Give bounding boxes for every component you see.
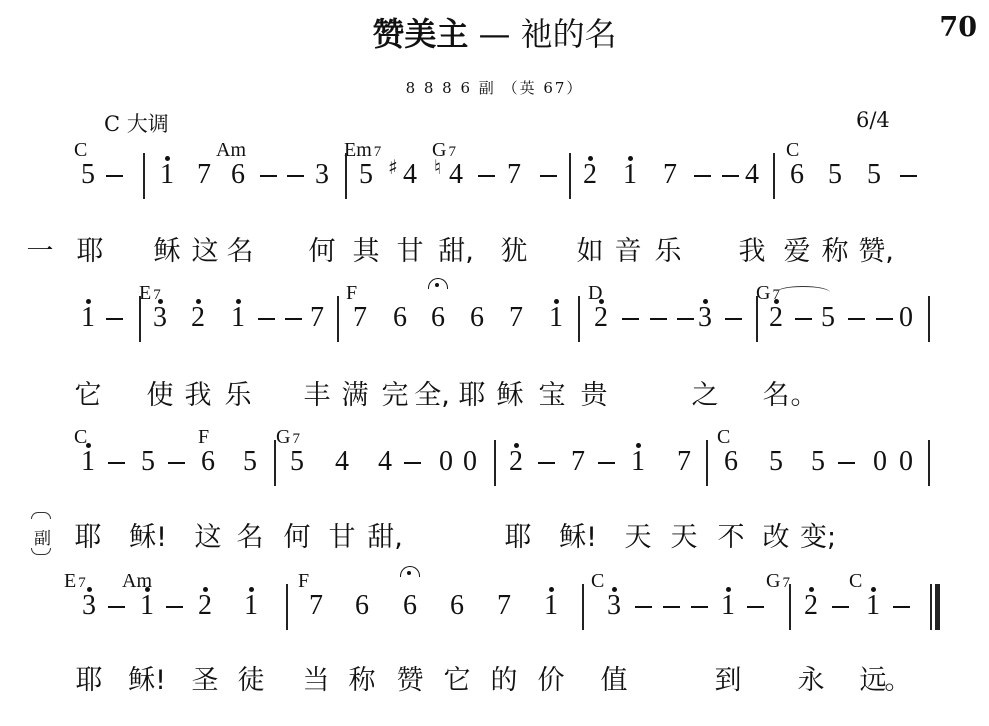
barline (578, 296, 580, 342)
barline (930, 584, 932, 630)
lyric-syllable: 名 (237, 522, 264, 554)
chord-symbol: C (591, 570, 604, 592)
note: 6 (790, 160, 804, 190)
note: 2 (509, 447, 523, 477)
lyric-syllable: 稣 (154, 236, 181, 268)
lyric-syllable: 之 (692, 380, 719, 412)
note: 6 (450, 591, 464, 621)
note: 4 (449, 160, 463, 190)
note: 7 (571, 447, 585, 477)
octave-dot (599, 299, 604, 304)
refrain-marker: 副 (34, 524, 51, 549)
note: 6 (724, 447, 738, 477)
lyric-syllable: 称 (349, 665, 376, 697)
lyric-syllable: 它 (444, 665, 471, 697)
lyric-syllable: 乐 (225, 380, 252, 412)
octave-dot (514, 443, 519, 448)
time-signature: 6/4 (856, 108, 890, 132)
lyric-syllable: 使 (147, 380, 174, 412)
lyric-syllable: 永 (798, 665, 825, 697)
octave-dot (145, 587, 150, 592)
lyric-syllable: 名 (227, 236, 254, 268)
dash (747, 606, 764, 608)
note: 1 (866, 591, 880, 621)
lyric-syllable: 徒 (238, 665, 265, 697)
lyric-syllable: 变; (800, 522, 836, 554)
note: 1 (721, 591, 735, 621)
note: 6 (201, 447, 215, 477)
natural-icon: ♮ (434, 155, 441, 179)
dash (722, 175, 739, 177)
note: 6 (355, 591, 369, 621)
title-main: 赞美主 (372, 15, 468, 53)
dash (663, 606, 680, 608)
dash (258, 318, 275, 320)
dash (677, 318, 694, 320)
barline (569, 153, 571, 199)
song-title: 赞美主 — 祂的名 (0, 12, 989, 56)
barline (139, 296, 141, 342)
lyric-syllable: 天 (671, 522, 698, 554)
lyric-syllable: 圣 (192, 665, 219, 697)
note: 5 (769, 447, 783, 477)
dash (106, 175, 123, 177)
dash (538, 462, 555, 464)
octave-dot (554, 299, 559, 304)
note: 1 (544, 591, 558, 621)
octave-dot (628, 156, 633, 161)
note: 1 (549, 303, 563, 333)
lyric-syllable: 值 (601, 665, 628, 697)
octave-dot (549, 587, 554, 592)
lyric-syllable: 稣! (129, 522, 167, 554)
note: 7 (677, 447, 691, 477)
note: 0 (899, 447, 913, 477)
lyric-syllable: 满 (342, 380, 369, 412)
octave-dot (588, 156, 593, 161)
octave-dot (249, 587, 254, 592)
note: 7 (497, 591, 511, 621)
lyric-syllable: 耶 (459, 380, 486, 412)
dash (725, 318, 742, 320)
note: 4 (378, 447, 392, 477)
refrain-paren-bottom (31, 548, 51, 555)
note: 0 (439, 447, 453, 477)
note: 7 (509, 303, 523, 333)
refrain-paren-top (31, 512, 51, 519)
note: 1 (81, 447, 95, 477)
lyric-syllable: 稣! (559, 522, 597, 554)
lyric-syllable: 耶 (75, 522, 102, 554)
lyric-syllable: 这 (195, 522, 222, 554)
note: 3 (315, 160, 329, 190)
lyric-syllable: 赞 (397, 665, 424, 697)
note: 5 (81, 160, 95, 190)
lyric-syllable: 。 (885, 665, 912, 697)
meter-info: 8 8 8 6 副 （英 67） (0, 77, 989, 98)
lyric-syllable: 宝 (539, 380, 566, 412)
lyric-syllable: 到 (715, 665, 742, 697)
chord-symbol: C (717, 426, 730, 448)
octave-dot (871, 587, 876, 592)
note: 6 (431, 303, 445, 333)
dash (108, 462, 125, 464)
note: 2 (804, 591, 818, 621)
lyric-syllable: 耶 (505, 522, 532, 554)
note: 6 (470, 303, 484, 333)
lyric-syllable: 其 (353, 236, 380, 268)
barline (494, 440, 496, 486)
octave-dot (636, 443, 641, 448)
barline (286, 584, 288, 630)
note: 0 (873, 447, 887, 477)
note: 5 (821, 303, 835, 333)
note: 5 (141, 447, 155, 477)
octave-dot (809, 587, 814, 592)
note: 1 (631, 447, 645, 477)
octave-dot (165, 156, 170, 161)
lyric-syllable: 全, (414, 380, 450, 412)
final-barline (935, 584, 940, 630)
lyric-syllable: 当 (303, 665, 330, 697)
chord-symbol: C (849, 570, 862, 592)
lyric-syllable: 耶 (77, 236, 104, 268)
fermata-icon (428, 278, 448, 289)
lyric-syllable: 稣 (497, 380, 524, 412)
lyric-syllable: 这 (192, 236, 219, 268)
dash (900, 175, 917, 177)
dash (848, 318, 865, 320)
lyric-syllable: 甘 (397, 236, 424, 268)
note: 2 (583, 160, 597, 190)
note: 4 (403, 160, 417, 190)
note: 7 (353, 303, 367, 333)
note: 4 (745, 160, 759, 190)
octave-dot (774, 299, 779, 304)
dash (540, 175, 557, 177)
lyric-syllable: 稣! (128, 665, 166, 697)
title-subtitle: — 祂的名 (468, 15, 616, 53)
note: 3 (153, 303, 167, 333)
fermata-icon (400, 566, 420, 577)
barline (928, 440, 930, 486)
barline (756, 296, 758, 342)
note: 3 (607, 591, 621, 621)
note: 1 (140, 591, 154, 621)
note: 5 (867, 160, 881, 190)
lyric-syllable: 价 (538, 665, 565, 697)
lyric-syllable: 完 (382, 380, 409, 412)
octave-dot (196, 299, 201, 304)
dash (285, 318, 302, 320)
dash (166, 606, 183, 608)
dash (168, 462, 185, 464)
dash (795, 318, 812, 320)
note: 2 (198, 591, 212, 621)
barline (773, 153, 775, 199)
lyric-syllable: 赞, (858, 236, 894, 268)
key-signature: C 大调 (104, 108, 169, 138)
lyric-syllable: 何 (309, 236, 336, 268)
note: 0 (463, 447, 477, 477)
note: 7 (309, 591, 323, 621)
note: 3 (698, 303, 712, 333)
dash (404, 462, 421, 464)
note: 0 (899, 303, 913, 333)
lyric-syllable: 不 (718, 522, 745, 554)
tie-slur (776, 286, 830, 299)
dash (287, 175, 304, 177)
octave-dot (236, 299, 241, 304)
lyric-syllable: 甘 (329, 522, 356, 554)
barline (706, 440, 708, 486)
lyric-syllable: 我 (185, 380, 212, 412)
note: 5 (811, 447, 825, 477)
chord-symbol: F (198, 426, 209, 448)
lyric-syllable: 甜, (438, 236, 474, 268)
dash (650, 318, 667, 320)
note: 5 (359, 160, 373, 190)
lyric-syllable: 。 (791, 380, 818, 412)
barline (143, 153, 145, 199)
lyric-syllable: 我 (739, 236, 766, 268)
note: 7 (663, 160, 677, 190)
barline (582, 584, 584, 630)
dash (832, 606, 849, 608)
lyric-syllable: 丰 (304, 380, 331, 412)
note: 6 (403, 591, 417, 621)
dash (876, 318, 893, 320)
octave-dot (612, 587, 617, 592)
note: 5 (290, 447, 304, 477)
note: 6 (393, 303, 407, 333)
dash (893, 606, 910, 608)
dash (635, 606, 652, 608)
chord-symbol: F (346, 282, 357, 304)
octave-dot (86, 299, 91, 304)
lyric-syllable: 远 (860, 665, 887, 697)
lyric-syllable: 改 (763, 522, 790, 554)
lyric-syllable: 犹 (501, 236, 528, 268)
dash (260, 175, 277, 177)
octave-dot (703, 299, 708, 304)
barline (274, 440, 276, 486)
lyric-syllable: 贵 (581, 380, 608, 412)
note: 7 (507, 160, 521, 190)
dash (691, 606, 708, 608)
page-number: 70 (939, 12, 977, 43)
note: 1 (160, 160, 174, 190)
note: 5 (243, 447, 257, 477)
note: 1 (81, 303, 95, 333)
sharp-icon: ♯ (388, 155, 398, 179)
dash (108, 606, 125, 608)
dash (598, 462, 615, 464)
barline (337, 296, 339, 342)
barline (928, 296, 930, 342)
chord-symbol: C (74, 139, 87, 161)
lyric-syllable: 何 (284, 522, 311, 554)
note: 2 (594, 303, 608, 333)
lyric-syllable: 天 (625, 522, 652, 554)
dash (622, 318, 639, 320)
refrain-label: 副 (34, 529, 51, 549)
chord-symbol: G7 (766, 570, 790, 594)
lyric-syllable: 称 (822, 236, 849, 268)
lyric-syllable: 它 (75, 380, 102, 412)
dash (838, 462, 855, 464)
chord-symbol: Am (216, 139, 246, 161)
lyric-syllable: 的 (491, 665, 518, 697)
lyric-syllable: 乐 (655, 236, 682, 268)
lyric-syllable: 一 (27, 236, 54, 268)
lyric-syllable: 甜, (367, 522, 403, 554)
note: 6 (231, 160, 245, 190)
note: 7 (197, 160, 211, 190)
chord-symbol: F (298, 570, 309, 592)
note: 1 (623, 160, 637, 190)
lyric-syllable: 耶 (76, 665, 103, 697)
dash (106, 318, 123, 320)
note: 2 (191, 303, 205, 333)
note: 7 (310, 303, 324, 333)
note: 5 (828, 160, 842, 190)
lyric-syllable: 如 (577, 236, 604, 268)
dash (694, 175, 711, 177)
note: 1 (244, 591, 258, 621)
dash (478, 175, 495, 177)
note: 1 (231, 303, 245, 333)
lyric-syllable: 名 (763, 380, 790, 412)
note: 2 (769, 303, 783, 333)
octave-dot (203, 587, 208, 592)
barline (789, 584, 791, 630)
octave-dot (86, 443, 91, 448)
lyric-syllable: 爱 (784, 236, 811, 268)
barline (345, 153, 347, 199)
octave-dot (158, 299, 163, 304)
chord-symbol: C (786, 139, 799, 161)
note: 3 (82, 591, 96, 621)
octave-dot (726, 587, 731, 592)
note: 4 (335, 447, 349, 477)
octave-dot (87, 587, 92, 592)
lyric-syllable: 音 (615, 236, 642, 268)
